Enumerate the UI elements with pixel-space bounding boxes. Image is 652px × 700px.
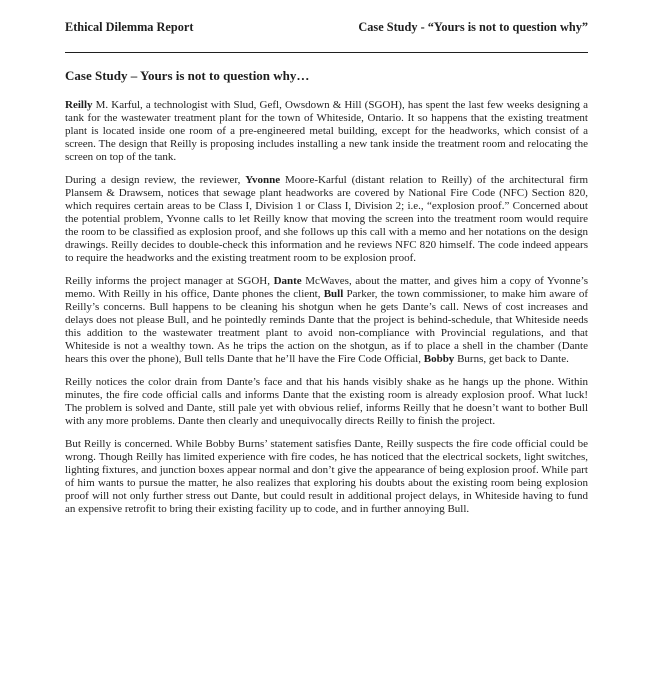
page-header: Ethical Dilemma Report Case Study - “You…	[65, 20, 588, 35]
header-case-study-label: Case Study - “Yours is not to question w…	[358, 20, 588, 35]
paragraph-fire-official-callback: Reilly notices the color drain from Dant…	[65, 376, 588, 428]
bold-text-run: Bull	[324, 288, 344, 300]
bold-text-run: Dante	[274, 275, 302, 287]
text-run: Reilly informs the project manager at SG…	[65, 275, 274, 287]
case-study-title: Case Study – Yours is not to question wh…	[65, 68, 588, 83]
document-page: Ethical Dilemma Report Case Study - “You…	[0, 0, 652, 700]
bold-text-run: Bobby	[424, 353, 455, 365]
text-run: Reilly notices the color drain from Dant…	[65, 376, 588, 427]
header-report-title: Ethical Dilemma Report	[65, 20, 193, 35]
text-run: M. Karful, a technologist with Slud, Gef…	[65, 99, 588, 163]
text-run: Moore-Karful (distant relation to Reilly…	[65, 174, 588, 264]
bold-text-run: Yvonne	[245, 174, 280, 186]
document-body: Reilly M. Karful, a technologist with Sl…	[65, 99, 588, 516]
text-run: Burns, get back to Dante.	[454, 353, 569, 365]
header-divider	[65, 52, 588, 53]
paragraph-intro-reilly: Reilly M. Karful, a technologist with Sl…	[65, 99, 588, 164]
paragraph-reilly-concerns: But Reilly is concerned. While Bobby Bur…	[65, 438, 588, 516]
paragraph-dante-bull-call: Reilly informs the project manager at SG…	[65, 275, 588, 366]
bold-text-run: Reilly	[65, 99, 93, 111]
text-run: During a design review, the reviewer,	[65, 174, 245, 186]
text-run: But Reilly is concerned. While Bobby Bur…	[65, 438, 588, 515]
paragraph-design-review-yvonne: During a design review, the reviewer, Yv…	[65, 174, 588, 265]
